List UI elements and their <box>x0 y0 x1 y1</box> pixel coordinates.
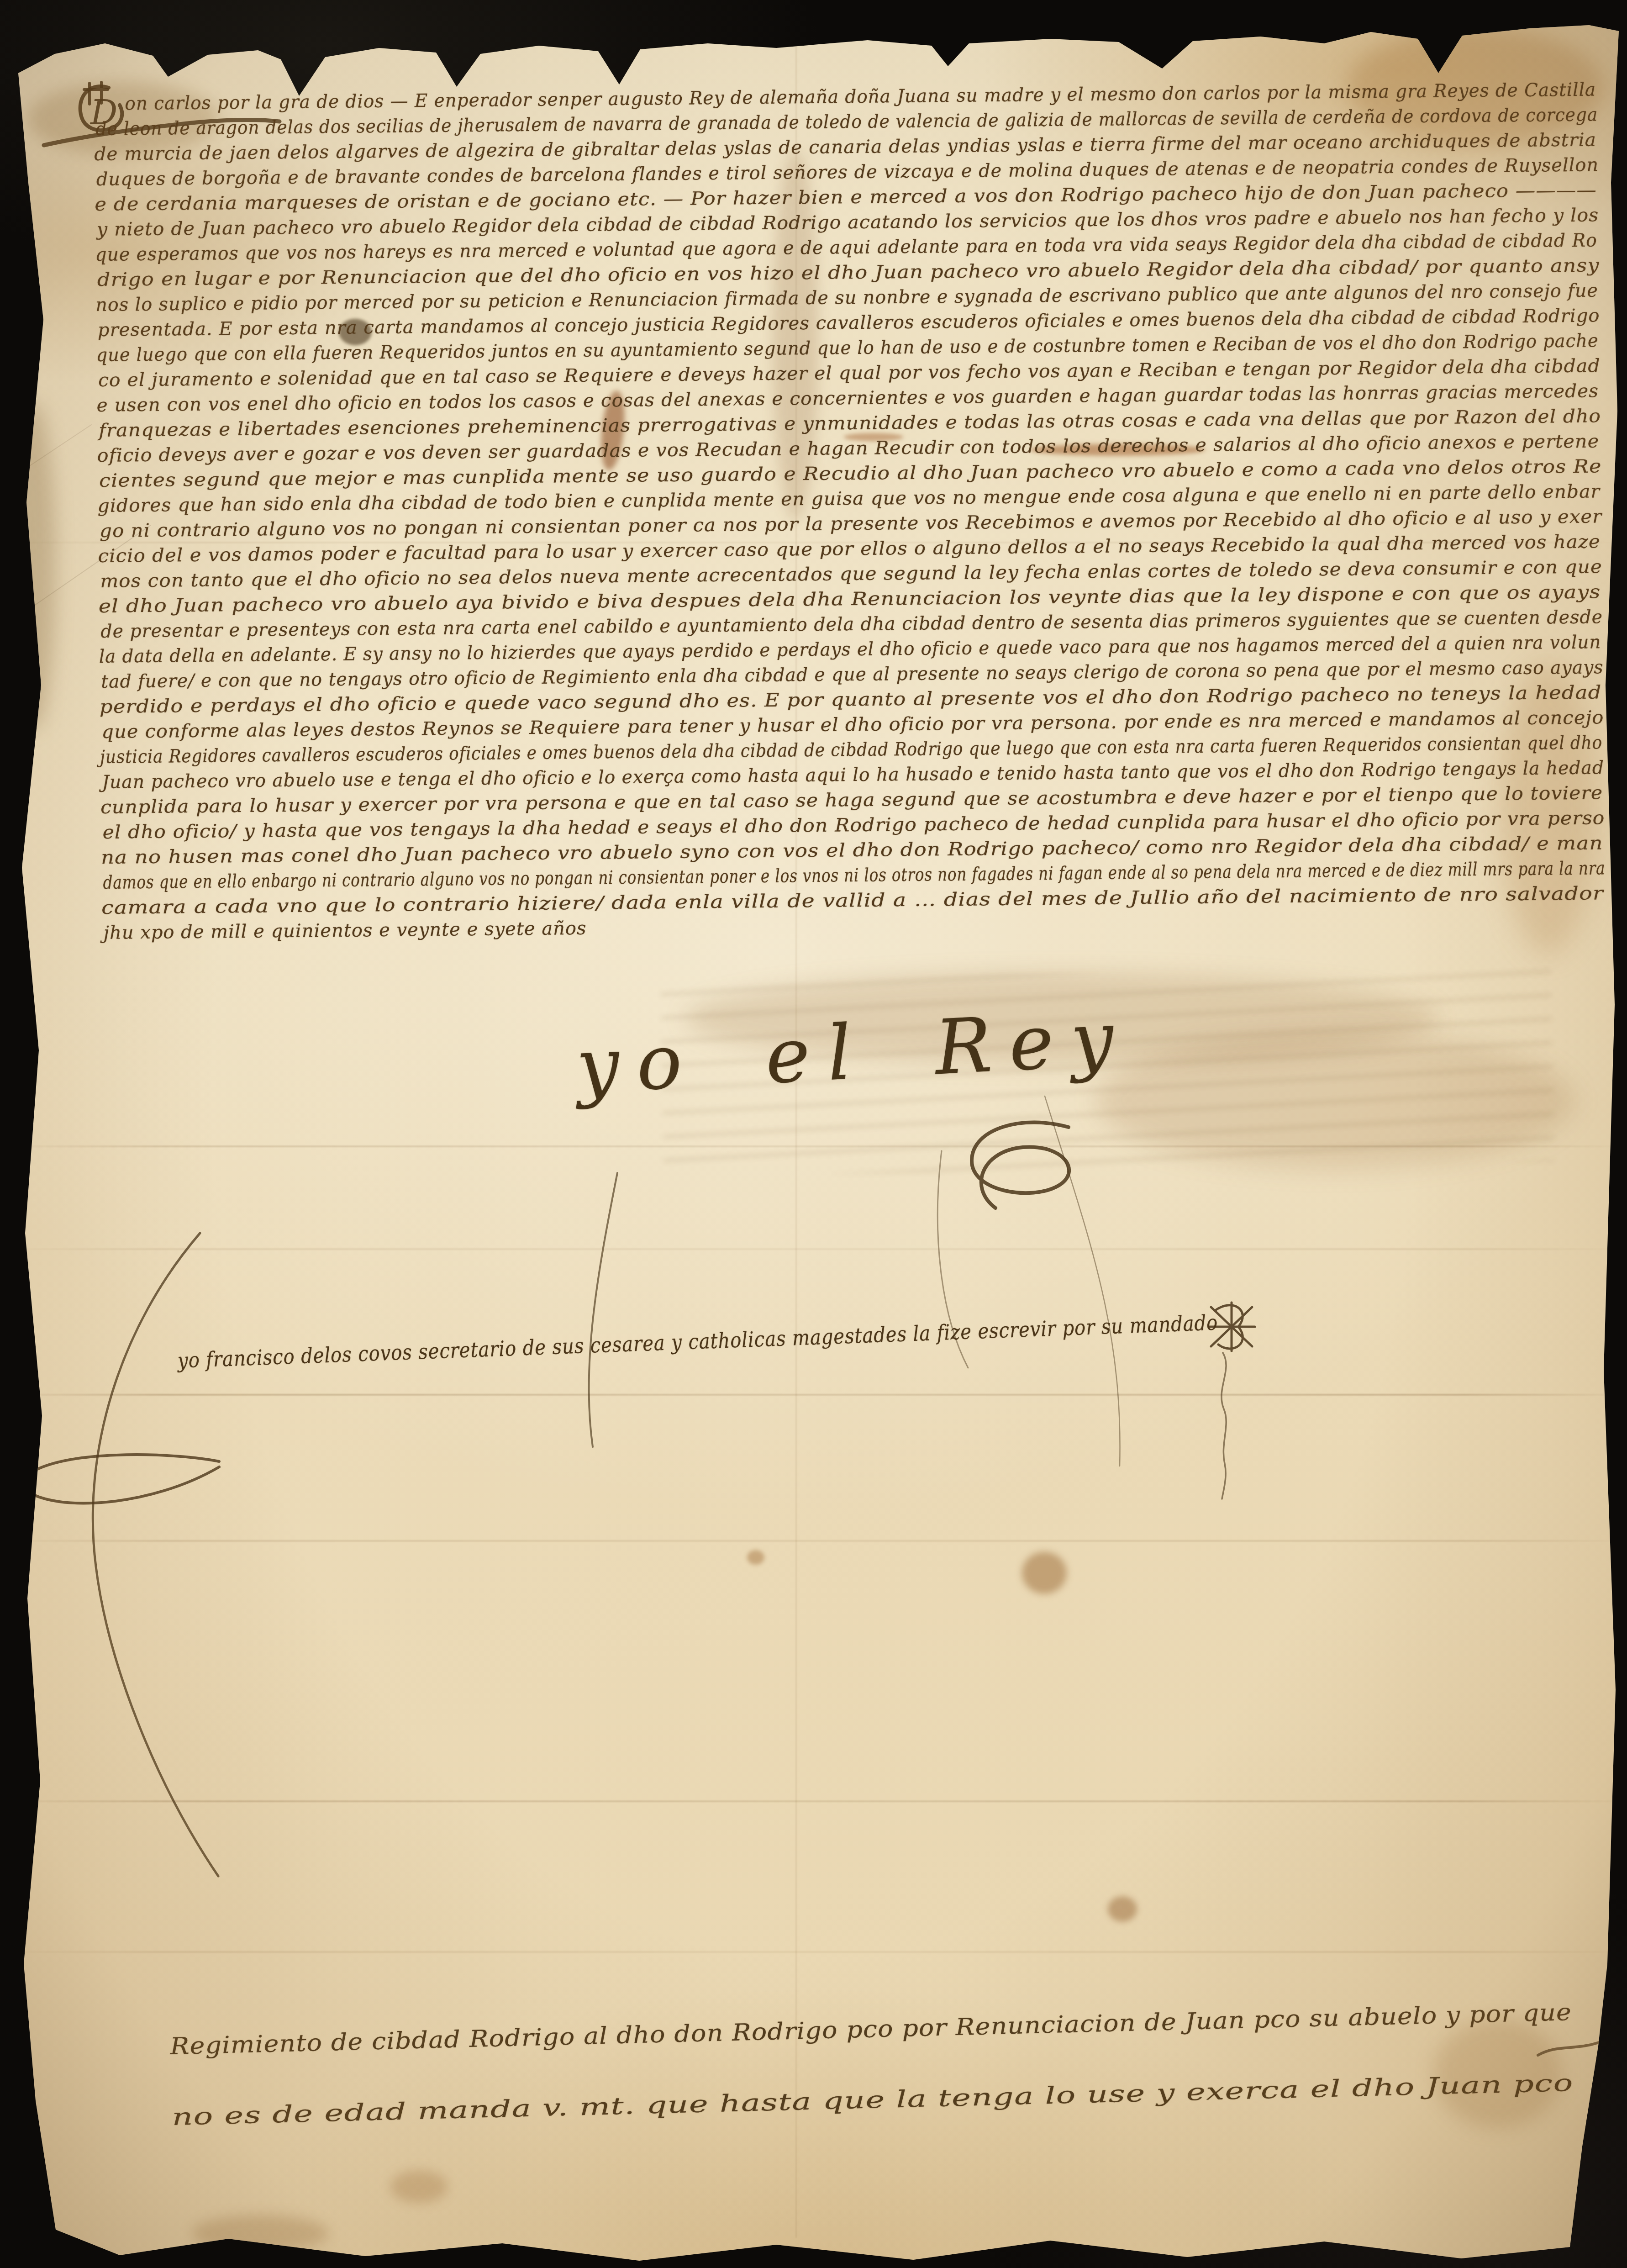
fold-crease <box>0 1951 1627 1953</box>
fox-spot-lower <box>1108 1896 1137 1922</box>
scratch-line <box>9 425 91 480</box>
signature-hairline <box>1045 1096 1120 1466</box>
signature-descender <box>589 1173 617 1447</box>
secretary-attestation-line: yo francisco delos covos secretario de s… <box>177 1310 1218 1372</box>
left-bracket-flourish <box>93 1233 218 1876</box>
age-left-edge <box>10 402 56 731</box>
fold-crease <box>0 1248 1627 1250</box>
fox-spot-large <box>1022 1552 1067 1594</box>
royal-signature: yo el Rey <box>574 994 1133 1110</box>
age-right-of-signature <box>1096 1032 1575 1169</box>
manuscript-line: jhu xpo de mill e quinientos e veynte e … <box>103 918 586 948</box>
fold-crease <box>0 1145 1627 1147</box>
manuscript-page: D on carlos por la gra de dios — E enper… <box>0 0 1627 2268</box>
archival-docket: Regimiento de cibdad Rodrigo al dho don … <box>170 1999 1575 2175</box>
secretary-swash <box>22 1455 219 1503</box>
fold-crease <box>0 1540 1627 1542</box>
royal-paraph-icon <box>972 1123 1069 1208</box>
photo-backdrop: D on carlos por la gra de dios — E enper… <box>0 0 1627 2268</box>
main-text-block: on carlos por la gra de dios — E enperad… <box>94 79 1604 956</box>
smudge-bottom-left <box>390 2170 448 2203</box>
fold-crease <box>0 1800 1627 1802</box>
age-bottom-center <box>192 2215 329 2252</box>
rubric-tail-squiggle <box>1222 1353 1226 1499</box>
secretary-attestation: yo francisco delos covos secretario de s… <box>177 1310 1218 1373</box>
fox-spot-small <box>747 1550 764 1565</box>
fold-crease <box>0 1394 1627 1396</box>
